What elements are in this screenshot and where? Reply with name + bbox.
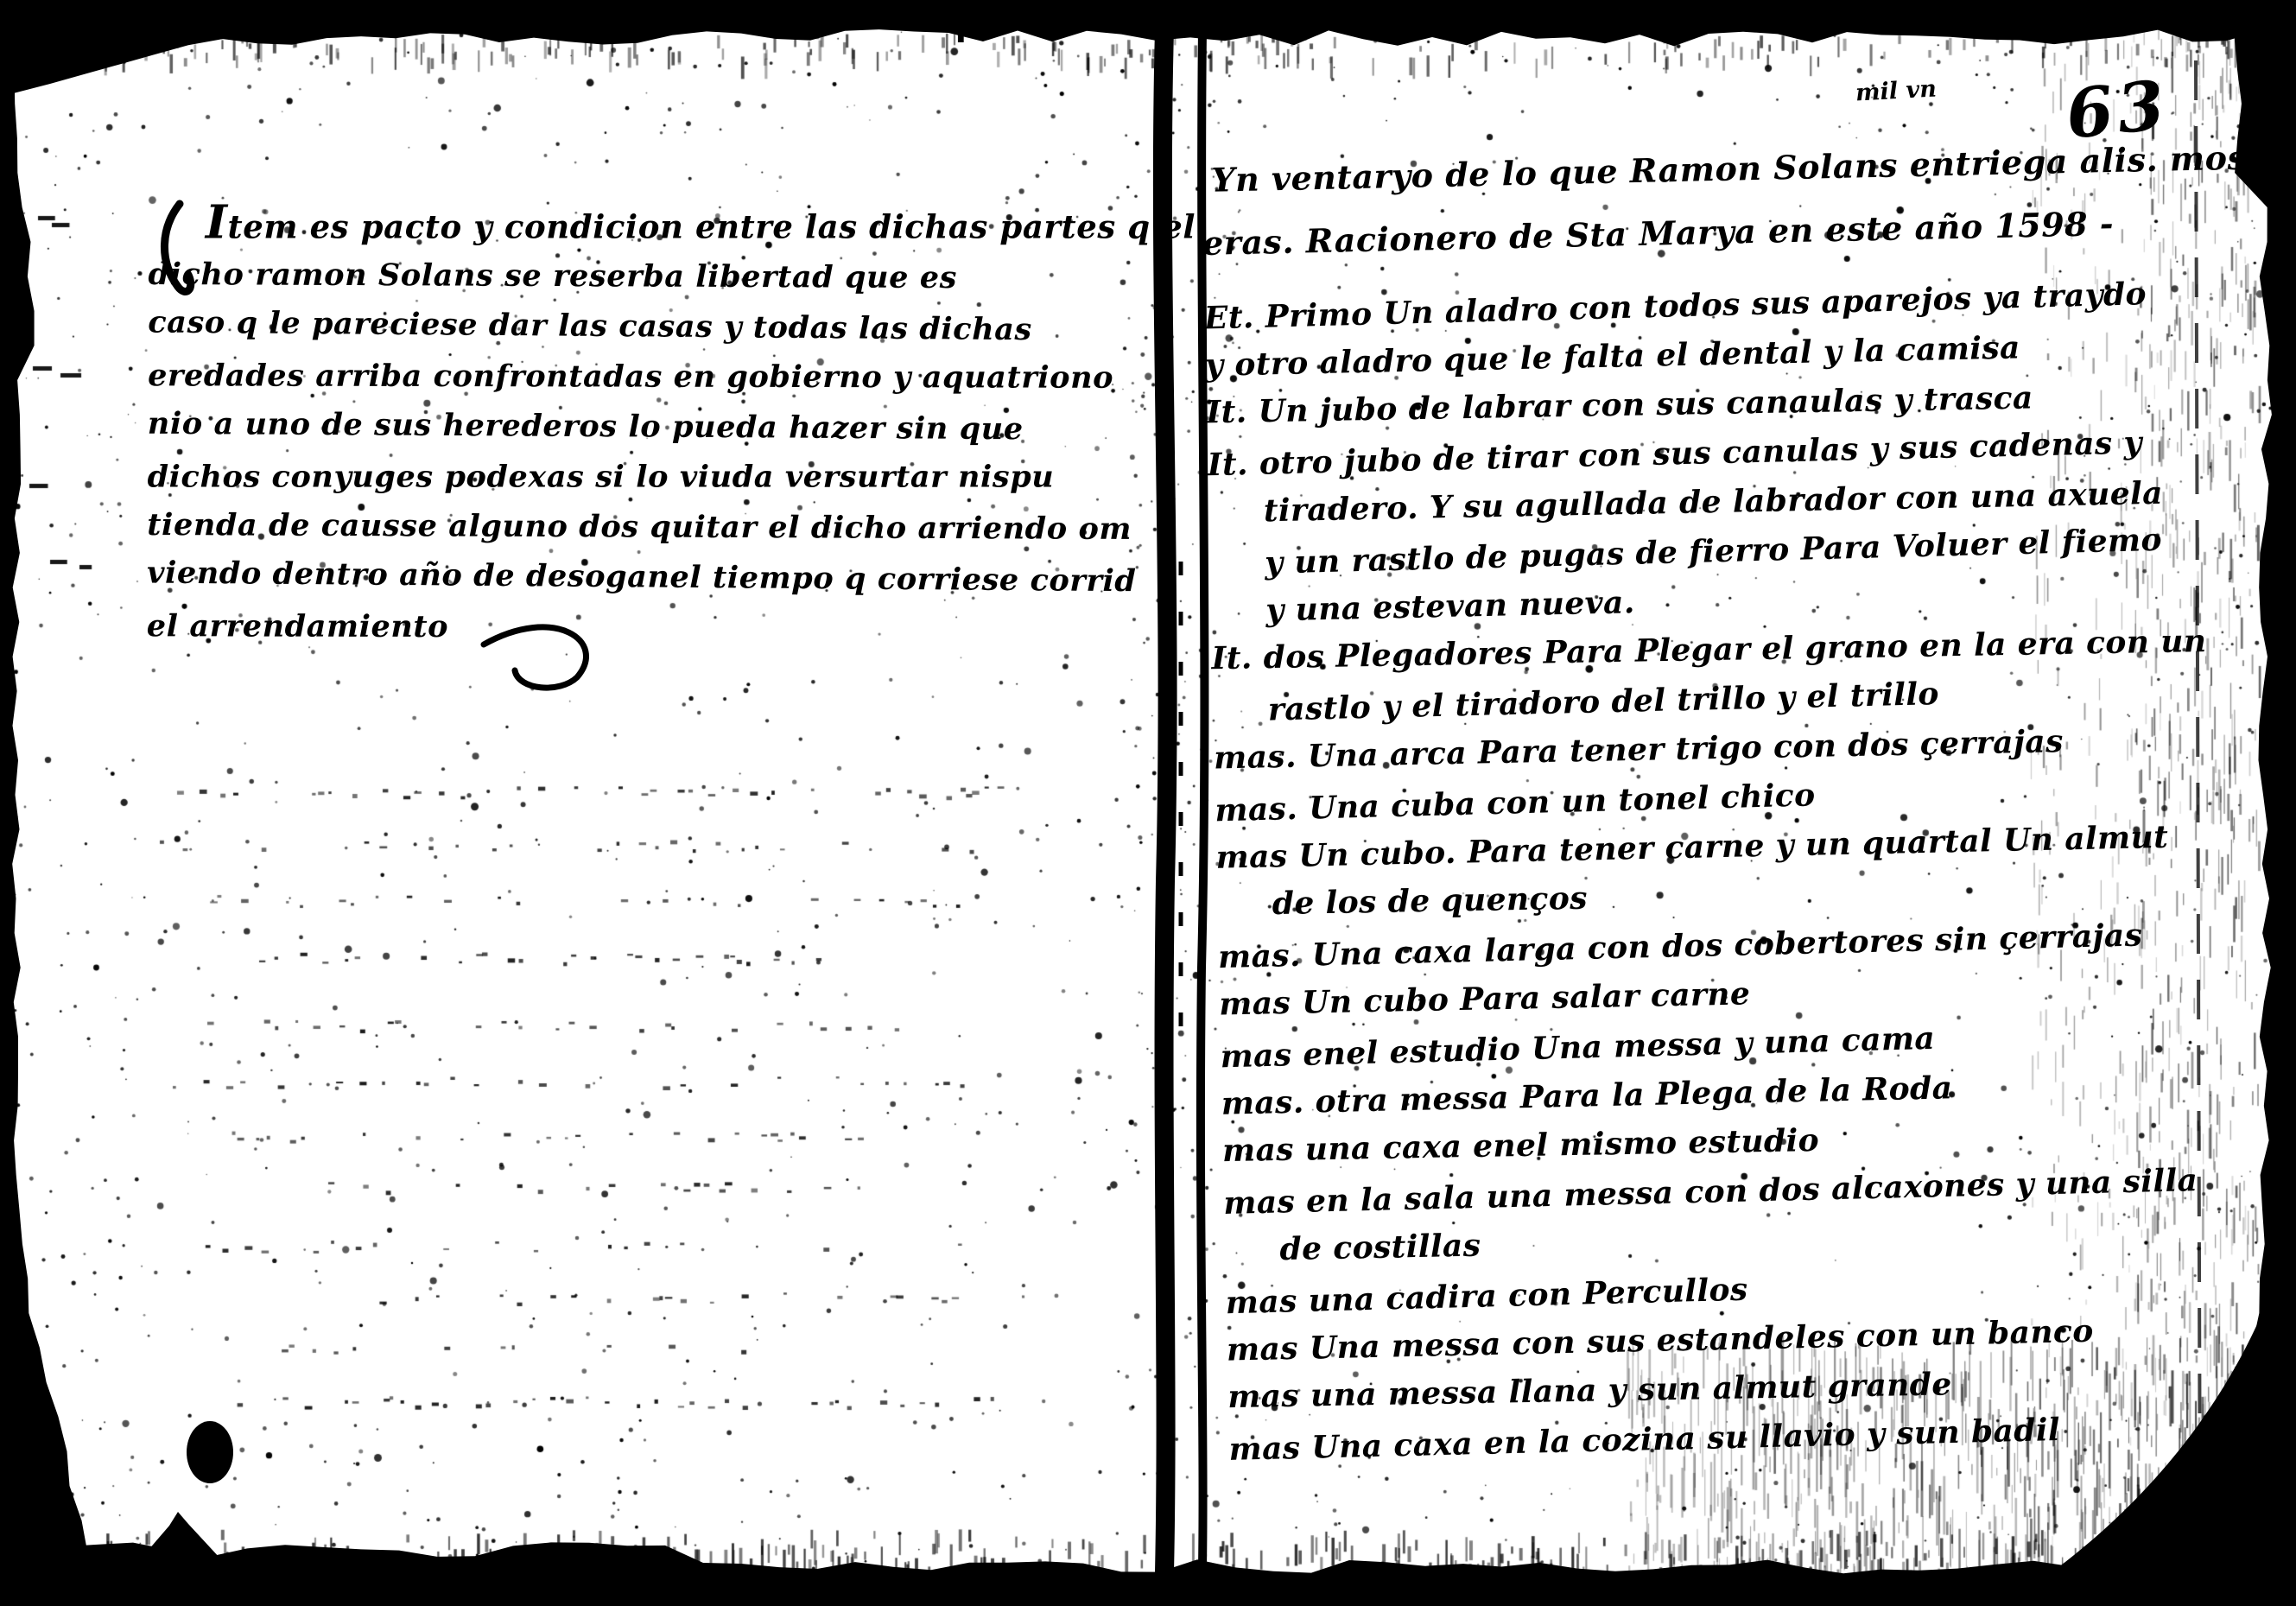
ink-blob	[187, 1421, 233, 1483]
manuscript-line: eredades arriba confrontadas en gobierno…	[148, 351, 1195, 403]
manuscript-line: caso q le pareciese dar las casas y toda…	[148, 297, 1196, 356]
manuscript-line: el arrendamiento	[147, 601, 1194, 654]
manuscript-line: Item es pacto y condicion entre las dich…	[149, 198, 1196, 252]
scan-edge-top	[0, 0, 2296, 97]
inventory-title-line-2: eras. Racionero de Sta Marya en este año…	[1202, 200, 2267, 263]
manuscript-line: dicho ramon Solans se reserba libertad q…	[148, 250, 1195, 304]
inventory-title-line-1: Yn ventaryo de lo que Ramon Solans entri…	[1211, 137, 2266, 200]
scan-edge-bottom	[0, 1542, 2296, 1606]
manuscript-scan: Item es pacto y condicion entre las dich…	[0, 0, 2296, 1606]
silhouette-triangle	[100, 1512, 264, 1606]
manuscript-line: dichos conyuges podexas si lo viuda vers…	[148, 453, 1195, 503]
right-page-content: Yn ventaryo de lo que Ramon Solans entri…	[1201, 137, 2293, 1474]
top-center-cross-mark: +	[940, 0, 982, 50]
manuscript-line: viendo dentro año de desoganel tiempo q …	[147, 548, 1195, 606]
manuscript-line: nio a uno de sus herederos lo pueda haze…	[148, 399, 1196, 456]
manuscript-line: tienda de causse alguno dos quitar el di…	[147, 500, 1194, 555]
inventory-item-list: Et. Primo Un aladro con todos sus aparej…	[1203, 269, 2293, 1474]
left-page-paragraph: Item es pacto y condicion entre las dich…	[147, 195, 1196, 655]
scan-edge-left	[0, 0, 100, 1606]
top-right-note: mil vn	[1855, 76, 1937, 107]
